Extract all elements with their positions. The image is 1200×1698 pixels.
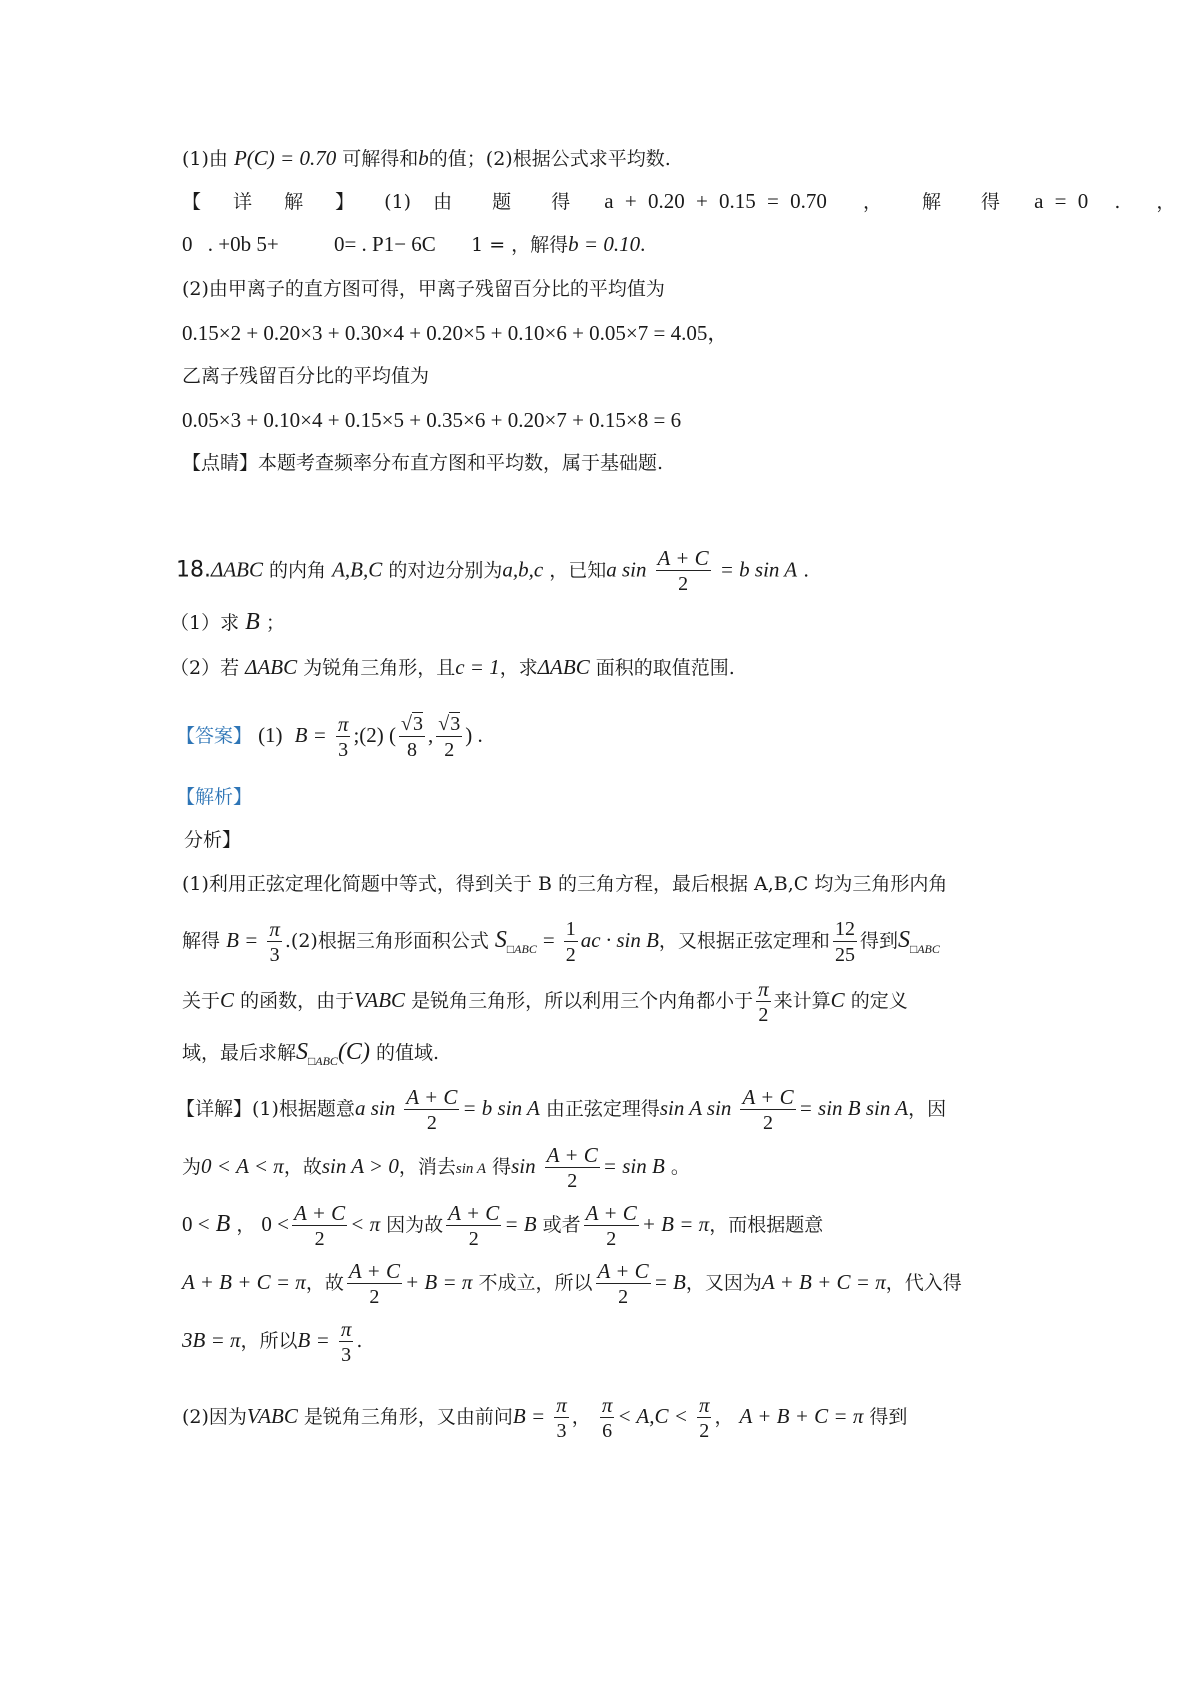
text: ，消去: [399, 1156, 456, 1178]
math-expr: sin: [511, 1154, 536, 1178]
text: 的函数，由于: [240, 990, 354, 1012]
text: 1 = ，解得: [471, 234, 568, 256]
text: 由正弦定理得: [546, 1098, 660, 1120]
math-expr: sin A > 0: [322, 1154, 399, 1178]
text: ；: [266, 612, 285, 634]
yi-mean-expr: 0.05×3 + 0.10×4 + 0.15×5 + 0.35×6 + 0.20…: [182, 408, 681, 432]
subscript: □ABC: [910, 942, 940, 956]
fraction-12-25: 1225: [833, 917, 857, 968]
question-number: 18.: [176, 558, 211, 583]
detail-line-5: 3B = π，所以B = π3.: [182, 1312, 362, 1369]
text: 的定义: [851, 990, 908, 1012]
text: ) .: [465, 723, 483, 747]
text: 关于: [182, 990, 220, 1012]
numerator: A + C: [446, 1201, 501, 1226]
sqrt-icon: √3: [401, 712, 423, 736]
answer-label: 【答案】: [176, 725, 252, 747]
denominator: 6: [600, 1418, 615, 1444]
denominator: 2: [347, 1284, 402, 1310]
math-expr: = B: [504, 1212, 536, 1236]
math-expr: ΔABC: [538, 655, 590, 679]
numerator: A + C: [656, 546, 711, 571]
fraction-sqrt3-2: √32: [436, 712, 462, 763]
math-expr: A + B + C = π: [740, 1404, 864, 1428]
numerator: π: [267, 917, 282, 942]
math-expr: ΔABC: [245, 655, 297, 679]
fraction-pi-3: π3: [554, 1393, 569, 1444]
text: 因为故: [386, 1214, 443, 1236]
fraction: A + C2: [347, 1259, 402, 1310]
math-expr: A,B,C: [332, 558, 382, 582]
denominator: 8: [399, 737, 425, 763]
fraction-pi-6: π6: [600, 1393, 615, 1444]
math-expr: sin A sin: [660, 1096, 732, 1120]
text: .(2)根据三角形面积公式: [285, 930, 489, 952]
analysis-line-2: 解得 B = π3.(2)根据三角形面积公式 S□ABC = 12ac · si…: [182, 912, 940, 977]
text: 0= . P1− 6C: [334, 232, 436, 256]
radicand: 3: [412, 712, 423, 735]
text: （2）若: [170, 657, 239, 679]
text: ，求: [500, 657, 538, 679]
text: ，: [714, 1406, 733, 1428]
math-var: S: [898, 927, 910, 953]
math-expr: sin A: [456, 1161, 486, 1177]
math-expr: a sin: [355, 1096, 395, 1120]
fraction: A + C2: [446, 1201, 501, 1252]
analysis-tail-line: (1)由 P(C) = 0.70 可解得和b的值；(2)根据公式求平均数.: [182, 146, 671, 171]
text: 的值；(2)根据公式求平均数.: [429, 148, 671, 170]
numerator: A + C: [404, 1085, 459, 1110]
fraction: A + C2: [596, 1259, 651, 1310]
subscript: □ABC: [308, 1054, 338, 1068]
detail-label: 【详解】: [176, 1098, 252, 1120]
detail-line-4: A + B + C = π，故A + C2+ B = π 不成立，所以A + C…: [182, 1254, 962, 1311]
math-var: B: [216, 1211, 231, 1237]
text: =: [543, 928, 555, 952]
denominator: 2: [404, 1110, 459, 1136]
text: (1)由: [182, 148, 228, 170]
denominator: 25: [833, 942, 857, 968]
text: ，: [236, 1214, 255, 1236]
math-expr: A + B + C = π: [762, 1270, 886, 1294]
math-expr: VABC: [247, 1404, 298, 1428]
numerator: π: [336, 712, 351, 737]
numerator: π: [697, 1393, 712, 1418]
text: 是锐角三角形，所以利用三个内角都小于: [411, 990, 753, 1012]
radicand: 3: [449, 712, 460, 735]
text: 可解得和: [342, 148, 418, 170]
math-expr: VABC: [354, 988, 405, 1012]
detail-line-1: 【详解】(1)根据题意a sin A + C2= b sin A 由正弦定理得s…: [176, 1080, 946, 1137]
text: ，: [572, 1406, 591, 1428]
math-expr: ac · sin B: [581, 928, 659, 952]
text: .: [356, 1330, 362, 1352]
denominator: 2: [656, 571, 711, 597]
text: 的值域.: [376, 1042, 439, 1064]
math-expr: = B: [654, 1270, 686, 1294]
math-expr: 0 <: [261, 1212, 289, 1236]
denominator: 2: [446, 1226, 501, 1252]
fraction: A + C2: [545, 1143, 600, 1194]
text: .: [640, 232, 645, 256]
sub-question-1: （1）求 B ；: [170, 610, 285, 635]
math-expr: = sin B: [603, 1154, 665, 1178]
fraction: A + C2: [584, 1201, 639, 1252]
fraction: A + C2: [740, 1085, 795, 1136]
text: (1): [384, 191, 411, 213]
text: ;(2) (: [353, 723, 396, 747]
text: ，而根据题意: [709, 1214, 823, 1236]
numerator: π: [339, 1317, 354, 1342]
text: 面积的取值范围.: [596, 657, 735, 679]
detail-line-6: (2)因为VABC 是锐角三角形，又由前问B = π3， π6< A,C < π…: [182, 1388, 907, 1445]
math-var: C: [831, 988, 845, 1012]
text: 由 题 得: [433, 191, 584, 213]
analysis-line-3: 关于C 的函数，由于VABC 是锐角三角形，所以利用三个内角都小于π2来计算C …: [182, 972, 908, 1029]
denominator: 2: [292, 1226, 347, 1252]
part2-intro: (2)由甲离子的直方图可得，甲离子残留百分比的平均值为: [182, 277, 665, 301]
numerator: π: [600, 1393, 615, 1418]
text: ,: [428, 723, 433, 747]
denominator: 2: [584, 1226, 639, 1252]
fraction-pi-2: π2: [697, 1393, 712, 1444]
denominator: 2: [545, 1168, 600, 1194]
text: ，又根据正弦定理和: [659, 930, 830, 952]
text: ，所以: [241, 1330, 298, 1352]
text: .: [1114, 191, 1120, 213]
math-expr: + B = π: [642, 1212, 709, 1236]
denominator: 3: [554, 1418, 569, 1444]
question-18-stem: 18.ΔABC 的内角 A,B,C 的对边分别为a,b,c ，已知a sin A…: [176, 546, 809, 597]
text: 的对边分别为: [388, 560, 502, 582]
text: ，: [863, 191, 882, 213]
text: ，: [1156, 191, 1175, 213]
denominator: 3: [267, 942, 282, 968]
fraction-1-2: 12: [564, 917, 578, 968]
denominator: 2: [596, 1284, 651, 1310]
numerator: π: [756, 977, 771, 1002]
text: 。: [671, 1156, 690, 1178]
numerator: A + C: [347, 1259, 402, 1284]
text: (1): [258, 723, 283, 747]
text: 为锐角三角形，且: [303, 657, 455, 679]
numerator: A + C: [740, 1085, 795, 1110]
math-expr: B =: [298, 1328, 330, 1352]
numerator: π: [554, 1393, 569, 1418]
subscript: □ABC: [507, 942, 537, 956]
fraction: A + C2: [292, 1201, 347, 1252]
math-expr: a + 0.20 + 0.15 = 0.70: [604, 189, 827, 213]
text: 解得: [182, 930, 220, 952]
math-expr: a,b,c: [502, 558, 543, 582]
text: 的内角: [269, 560, 326, 582]
denominator: 2: [436, 737, 462, 763]
text: .: [803, 560, 809, 582]
fraction-pi-3: π3: [336, 712, 351, 763]
denominator: 2: [697, 1418, 712, 1444]
math-expr: < π: [350, 1212, 380, 1236]
denominator: 2: [564, 942, 578, 968]
math-expr: b = 0.10: [568, 232, 640, 256]
text: 域，最后求解: [182, 1042, 296, 1064]
answer-line: 【答案】 (1) B = π3;(2) (√38,√32) .: [176, 705, 483, 766]
text: 来计算: [774, 990, 831, 1012]
text: 为: [182, 1156, 201, 1178]
analysis-sub-label: 分析】: [184, 828, 241, 852]
text: 得到: [869, 1406, 907, 1428]
numerator: 12: [833, 917, 857, 942]
text: ，故: [306, 1272, 344, 1294]
text: 解 得: [922, 191, 1014, 213]
math-expr: B =: [226, 928, 258, 952]
text: (1)根据题意: [252, 1098, 355, 1120]
math-expr: + B = π: [405, 1270, 472, 1294]
text: 得: [492, 1156, 511, 1178]
denominator: 2: [756, 1002, 771, 1028]
math-expr: < A,C <: [617, 1404, 688, 1428]
numerator: 1: [564, 917, 578, 942]
math-expr: (C): [338, 1039, 370, 1065]
math-expr: c = 1: [455, 655, 500, 679]
text: ，故: [284, 1156, 322, 1178]
sub-question-2: （2）若 ΔABC 为锐角三角形，且c = 1，求ΔABC 面积的取值范围.: [170, 655, 735, 680]
math-var: C: [220, 988, 234, 1012]
math-var: S: [495, 927, 507, 953]
jia-mean-expr: 0.15×2 + 0.20×3 + 0.30×4 + 0.20×5 + 0.10…: [182, 321, 728, 345]
fraction-pi-3: π3: [339, 1317, 354, 1368]
math-var: B: [245, 609, 260, 635]
text: (2)因为: [182, 1406, 247, 1428]
math-expr: ΔABC: [211, 558, 263, 582]
math-expr: = sin B sin A: [799, 1096, 908, 1120]
math-expr: = b sin A: [462, 1096, 539, 1120]
denominator: 3: [339, 1342, 354, 1368]
math-expr: A + B + C = π: [182, 1270, 306, 1294]
denominator: 3: [336, 737, 351, 763]
fraction-pi-3: π3: [267, 917, 282, 968]
math-expr: B =: [295, 723, 327, 747]
sqrt-icon: √3: [438, 712, 460, 736]
analysis-line-4: 域，最后求解S□ABC(C) 的值域.: [182, 1040, 439, 1073]
math-expr: 0 <: [182, 1212, 210, 1236]
text: 得到: [860, 930, 898, 952]
math-expr: P(C) = 0.70: [234, 146, 336, 170]
analysis-line-1: (1)利用正弦定理化简题中等式，得到关于 B 的三角方程，最后根据 A,B,C …: [182, 872, 947, 896]
math-expr: a sin: [606, 558, 646, 582]
math-expr: 3B = π: [182, 1328, 241, 1352]
fraction: A + C2: [404, 1085, 459, 1136]
numerator: A + C: [584, 1201, 639, 1226]
text: 0: [182, 232, 193, 256]
math-var: S: [296, 1039, 308, 1065]
yi-intro: 乙离子残留百分比的平均值为: [182, 364, 429, 388]
math-expr: B =: [513, 1404, 545, 1428]
fraction: A + C2: [656, 546, 711, 597]
fraction-sqrt3-8: √38: [399, 712, 425, 763]
numerator: A + C: [545, 1143, 600, 1168]
math-expr: 0 < A < π: [201, 1154, 284, 1178]
denominator: 2: [740, 1110, 795, 1136]
text: 是锐角三角形，又由前问: [304, 1406, 513, 1428]
text: 不成立，所以: [478, 1272, 592, 1294]
text: . +0b 5+: [208, 232, 279, 256]
text: 或者: [543, 1214, 581, 1236]
math-var: b: [418, 146, 429, 170]
detail-label: 【 详 解 】: [182, 191, 364, 213]
text: （1）求: [170, 612, 239, 634]
garbled-line: 0 . +0b 5+ 0= . P1− 6C 1 = ，解得b = 0.10.: [182, 232, 645, 257]
detail-line-2: 为0 < A < π，故sin A > 0，消去sin A 得sin A + C…: [182, 1138, 690, 1197]
math-expr: a = 0: [1034, 189, 1088, 213]
analysis-label: 【解析】: [176, 785, 252, 809]
comment-line: 【点睛】本题考查频率分布直方图和平均数，属于基础题.: [182, 451, 663, 475]
fraction-pi-2: π2: [756, 977, 771, 1028]
text: ，因: [908, 1098, 946, 1120]
math-expr: = b sin A: [720, 558, 797, 582]
detail-header-line: 【 详 解 】 (1) 由 题 得 a + 0.20 + 0.15 = 0.70…: [182, 189, 1200, 214]
text: ，已知: [549, 560, 606, 582]
numerator: A + C: [596, 1259, 651, 1284]
text: ，又因为: [686, 1272, 762, 1294]
numerator: A + C: [292, 1201, 347, 1226]
detail-line-3: 0 < B ， 0 <A + C2< π 因为故A + C2= B 或者A + …: [182, 1196, 823, 1253]
text: ，代入得: [886, 1272, 962, 1294]
